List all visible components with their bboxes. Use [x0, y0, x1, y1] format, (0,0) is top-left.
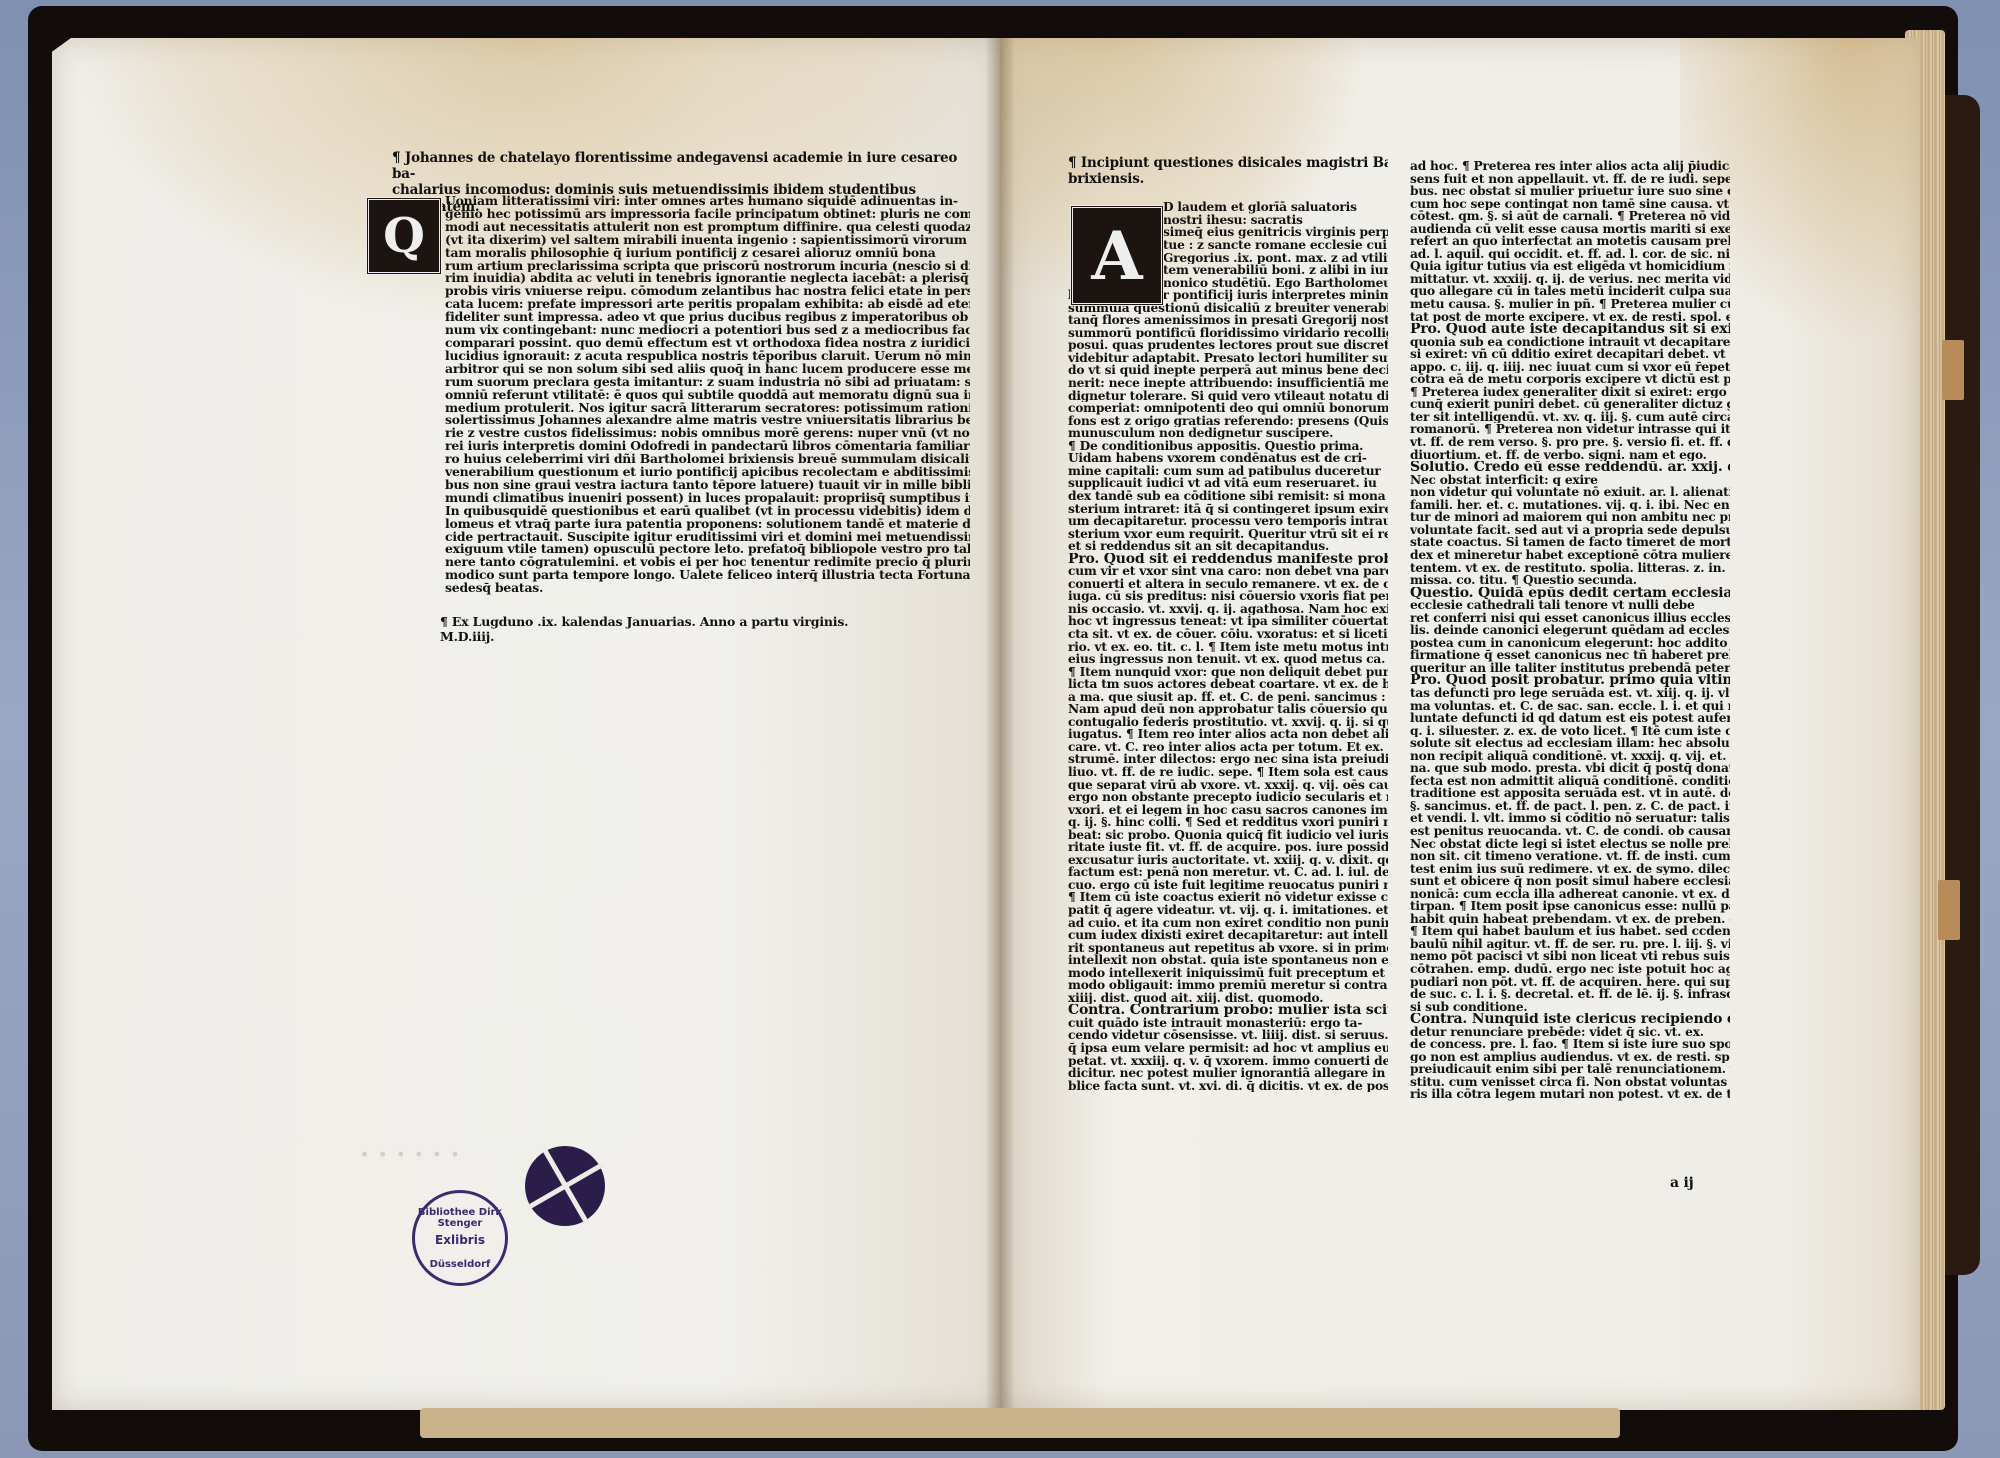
text-line: est penitus reuocanda. vt. C. de condi. … — [1410, 825, 1730, 838]
text-line: cōtest. qm. §. si aūt de carnali. ¶ Pret… — [1410, 210, 1730, 223]
text-line: tentem. vt ex. de restituto. spolia. lit… — [1410, 562, 1730, 575]
text-line: cta sit. vt ex. de cōuer. cōiu. vxoratus… — [1068, 628, 1388, 641]
text-line: dignetur tolerare. Si quid vero vtileaut… — [1068, 390, 1388, 403]
text-line: venerabilium questionum et iurio pontifi… — [445, 466, 970, 479]
text-line: non videtur qui voluntate nō exiuit. ar.… — [1410, 486, 1730, 499]
text-line: solertissimus Johannes alexandre alme ma… — [445, 414, 970, 427]
text-line: firmatione q̄ esset canonicus nec tñ hab… — [1410, 649, 1730, 662]
text-line: tirpan. ¶ Item posit ipse canonicus esse… — [1410, 900, 1730, 913]
text-line: Solutio. Credo eū esse reddendū. ar. xxi… — [1410, 461, 1730, 474]
text-line: quo allegare cū in tales metū inciderit … — [1410, 285, 1730, 298]
spine-headband — [420, 1408, 1620, 1438]
text-line: supplicauit iudici vt ad vitā eum reseru… — [1068, 477, 1388, 490]
text-line: sunt et obicere q̄ non posit simul haber… — [1410, 875, 1730, 888]
text-line: beat: sic probo. Quonia quicq̄ fit iudic… — [1068, 829, 1388, 842]
text-line: de suc. c. l. i. §. decretal. et. ff. de… — [1410, 988, 1730, 1001]
text-line: sterium intraret: itā q̄ si contingeret … — [1068, 503, 1388, 516]
dedication-body: Uoniam litteratissimi viri: inter omnes … — [445, 195, 970, 595]
text-line: test enim ius suū redimere. vt ex. de sy… — [1410, 863, 1730, 876]
book-back-cover — [1940, 95, 1980, 1275]
text-line: rio. vt ex. eo. tit. c. l. ¶ Item iste m… — [1068, 641, 1388, 654]
text-line: omniū referunt vtilitatē: ē quos qui sub… — [445, 389, 970, 402]
text-line: fideliter sunt impressa. adeo vt que pri… — [445, 311, 970, 324]
text-line: tur de minori ad maiorem qui non ambitu … — [1410, 511, 1730, 524]
text-line: metu causa. §. mulier in pñ. ¶ Preterea … — [1410, 298, 1730, 311]
text-line: et si reddendus sit an sit decapitandus. — [1068, 540, 1388, 553]
text-line: probis viris vniuerse reipu. cōmodum zel… — [445, 285, 970, 298]
text-line: dicitur. nec potest mulier ignorantiā al… — [1068, 1067, 1388, 1080]
text-line: modico sunt parta tempore longo. Ualete … — [445, 569, 970, 582]
text-line: rum artium preclarissima scripta que pri… — [445, 260, 970, 273]
text-line: tat post de morte excipere. vt ex. de re… — [1410, 311, 1730, 324]
text-line: voluntate facit. sed aut vi a propria se… — [1410, 524, 1730, 537]
text-line: Pro. Quod aute iste decapitandus sit si … — [1410, 323, 1730, 336]
text-line: non recipit aliquā conditionē. vt. xxxij… — [1410, 750, 1730, 763]
text-line: cunq̄ exierit puniri debet. cū generalit… — [1410, 398, 1730, 411]
text-line: modo intellexerit iniquissimū fuit prece… — [1068, 967, 1388, 980]
text-line: ¶ Item cū iste coactus exierit nō videtu… — [1068, 891, 1388, 904]
text-line: cum vir et vxor sint vna caro: non debet… — [1068, 565, 1388, 578]
page-tab[interactable] — [1942, 340, 1964, 400]
text-line: hoc vt ingressus teneat: vt ipa similite… — [1068, 615, 1388, 628]
decorated-initial: Q — [366, 197, 442, 275]
ownership-stamp: Bibliothee Dirk Stenger Exlibris Düsseld… — [412, 1190, 508, 1286]
colophon: ¶ Ex Lugduno .ix. kalendas Januarias. An… — [440, 614, 900, 644]
text-line: si exiret: vñ cū dditio exiret decapitar… — [1410, 348, 1730, 361]
text-line: quonia sub ea condictione intrauit vt de… — [1410, 336, 1730, 349]
text-line: ma voluntas. et. C. de sac. san. eccle. … — [1410, 700, 1730, 713]
text-line: vxori. et ei legem in hoc casu sacros ca… — [1068, 804, 1388, 817]
text-line: ¶ Preterea iudex generaliter dixit si ex… — [1410, 386, 1730, 399]
text-line: fecta est non admittit aliquā conditionē… — [1410, 775, 1730, 788]
text-line: modi aut necessitatis attulerit non est … — [445, 221, 970, 234]
text-line: cum iudex dixisti exiret decapitaretur: … — [1068, 929, 1388, 942]
text-line: vt. ff. de rem verso. §. pro pre. §. ver… — [1410, 436, 1730, 449]
text-line: et vendi. l. vlt. immo si cōditio nō ser… — [1410, 812, 1730, 825]
text-line: rim inuidia) abdita ac veluti in tenebri… — [445, 272, 970, 285]
text-line: bus non sine graui vestra iactura tanto … — [445, 479, 970, 492]
signature-mark: a ij — [1670, 1175, 1694, 1192]
text-line: excusatur iuris auctoritate. vt. xxiij. … — [1068, 854, 1388, 867]
text-line: dex et mineretur habet exceptionē cōtra … — [1410, 549, 1730, 562]
text-line: num vix contingebant: nunc mediocri a po… — [445, 324, 970, 337]
text-line: bus. nec obstat si mulier priuetur iure … — [1410, 185, 1730, 198]
stamp-top-text: Bibliothee Dirk Stenger — [415, 1207, 505, 1229]
text-line: tam moralis philosophie q̄ iurium pontif… — [445, 247, 970, 260]
text-line: ¶ De conditionibus appositis. Questio pr… — [1068, 440, 1388, 453]
text-line: detur renunciare prebēde: videt q̄ sic. … — [1410, 1026, 1730, 1039]
text-line: traditione est apposita seruāda est. vt … — [1410, 787, 1730, 800]
text-line: missa. co. titu. ¶ Questio secunda. — [1410, 574, 1730, 587]
text-line: do vt si quid inepte perperā aut minus b… — [1068, 364, 1388, 377]
text-line: si sub conditione. — [1410, 1001, 1730, 1014]
text-line: cōtrahen. emp. dudū. ergo nec iste potui… — [1410, 963, 1730, 976]
text-line: stitu. cum venisset circa fi. Non obstat… — [1410, 1076, 1730, 1089]
text-line: medium protulerit. Nos igitur sacrā litt… — [445, 402, 970, 415]
text-line: rei iuris interpretis domini Odofredi in… — [445, 440, 970, 453]
stamp-bottom-text: Düsseldorf — [415, 1259, 505, 1270]
text-line: tanq̄ flores amenissimos in presati Greg… — [1068, 314, 1388, 327]
text-line: state coactus. Si tamen de facto timeret… — [1410, 536, 1730, 549]
text-line: Pro. Quod posit probatur. primo quia vlt… — [1410, 674, 1730, 687]
text-line: cuit quādo iste intrauit monasteriū: erg… — [1068, 1017, 1388, 1030]
text-line: ergo non obstante precepto iudicio secul… — [1068, 791, 1388, 804]
text-line: habit quin habeat prebendam. vt ex. de p… — [1410, 913, 1730, 926]
heading-line: ¶ Johannes de chatelayo florentissime an… — [392, 150, 972, 182]
text-line: nis occasio. vt. xxvij. q. ij. agathosa.… — [1068, 603, 1388, 616]
text-line: Contra. Nunquid iste clericus recipiendo… — [1410, 1013, 1730, 1026]
text-line: ret conferri nisi qui esset canonicus il… — [1410, 612, 1730, 625]
text-line: intellexit non obstat. quia iste spontan… — [1068, 954, 1388, 967]
decorated-initial: A — [1070, 205, 1164, 306]
text-line: cum hoc sepe contingat non tamē sine cau… — [1410, 198, 1730, 211]
text-line: preiudicauit enim sibi per talē renuncia… — [1410, 1063, 1730, 1076]
text-line: factum est: penā non meretur. vt. C. ad.… — [1068, 866, 1388, 879]
text-line: ad hoc. ¶ Preterea res inter alios acta … — [1410, 160, 1730, 173]
text-line: ad cuio. et ita cum non exiret conditio … — [1068, 917, 1388, 930]
text-line: ro huius celeberrimi viri dñi Bartholome… — [445, 453, 970, 466]
text-line: cendo videtur cōsensisse. vt. liiij. dis… — [1068, 1029, 1388, 1042]
gutter — [985, 38, 1015, 1410]
text-line: cata lucem: prefate impressori arte peri… — [445, 298, 970, 311]
text-line: Quia igitur tutius via est eligēda vt ho… — [1410, 260, 1730, 273]
text-line: lucidius ignorauit: z acuta respublica n… — [445, 350, 970, 363]
text-line: conuerti et altera in seculo remanere. v… — [1068, 578, 1388, 591]
text-line: Uoniam litteratissimi viri: inter omnes … — [445, 195, 970, 208]
text-line: iugatus. ¶ Item reo inter alios acta non… — [1068, 728, 1388, 741]
text-line: (vt ita dixerim) vel saltem mirabili inu… — [445, 234, 970, 247]
text-line: pudiari non pōt. vt. ff. de acquiren. he… — [1410, 976, 1730, 989]
text-line: ritate iuste fit. vt. ff. de acquire. po… — [1068, 841, 1388, 854]
text-line: um decapitaretur. processu vero temporis… — [1068, 515, 1388, 528]
text-line: §. sancimus. et. ff. de pact. l. pen. z.… — [1410, 800, 1730, 813]
text-line: nonicā: cum eccla illa adhereat canonie.… — [1410, 888, 1730, 901]
text-line: blice facta sunt. vt. xvi. di. q̄ diciti… — [1068, 1080, 1388, 1093]
text-line: solute sit electus ad ecclesiam illam: h… — [1410, 737, 1730, 750]
text-line: Nam apud deū non approbatur talis cōuers… — [1068, 703, 1388, 716]
text-line: ris illa cōtra legem mutari non potest. … — [1410, 1088, 1730, 1101]
text-line: care. vt. C. reo inter alios acta per to… — [1068, 741, 1388, 754]
text-line: posui. quas prudentes lectores prout sue… — [1068, 339, 1388, 352]
text-line: sens fuit et non appellauit. vt. ff. de … — [1410, 173, 1730, 186]
text-line: munusculum non dedignetur suscipere. — [1068, 427, 1388, 440]
text-line: rum suorum preclara gesta imitantur: z s… — [445, 376, 970, 389]
text-line: lomeus et vtraq̄ parte iura patentia pro… — [445, 518, 970, 531]
text-line: refert an quo interfectat an motetis cau… — [1410, 235, 1730, 248]
text-line: eius ingressus non tenuit. vt ex. quod m… — [1068, 653, 1388, 666]
text-line: queritur an ille taliter institutus preb… — [1410, 662, 1730, 675]
text-line: cuo. ergo cū iste fuit legitime reuocatu… — [1068, 879, 1388, 892]
text-line: luntate defuncti id qd datum est eis pot… — [1410, 712, 1730, 725]
text-line: cōtra eā de metu corporis excipere vt di… — [1410, 373, 1730, 386]
text-line: de concess. pre. l. fao. ¶ Item si iste … — [1410, 1038, 1730, 1051]
text-line: tas defuncti pro lege seruāda est. vt. x… — [1410, 687, 1730, 700]
text-line: In quibusquidē questionibus et earū qual… — [445, 505, 970, 518]
text-line: baulū nihil agitur. vt. ff. de ser. ru. … — [1410, 938, 1730, 951]
text-line: famili. her. et. c. mutationes. vij. q. … — [1410, 499, 1730, 512]
text-line: ¶ Item qui habet baulum et ius habet. se… — [1410, 925, 1730, 938]
text-line: videbitur adaptabit. Presato lectori hum… — [1068, 352, 1388, 365]
text-line: audienda cū velit esse causa mortis mari… — [1410, 223, 1730, 236]
text-line: genio hec potissimū ars impressoria faci… — [445, 208, 970, 221]
text-line: appo. c. iij. q. iiij. nec iuuat cum si … — [1410, 361, 1730, 374]
text-line: go non est amplius audiendus. vt ex. de … — [1410, 1051, 1730, 1064]
text-line: comperiat: omnipotenti deo qui omniū bon… — [1068, 402, 1388, 415]
text-line: Pro. Quod sit ei reddendus manifeste pro… — [1068, 553, 1388, 566]
initial-letter: A — [1091, 217, 1142, 295]
text-column-right: ad hoc. ¶ Preterea res inter alios acta … — [1410, 160, 1730, 1101]
text-line: licta tm suos actores debeat coartare. v… — [1068, 678, 1388, 691]
ink-cross-mark — [525, 1146, 605, 1226]
text-line: diuortium. et. ff. de verbo. signi. nam … — [1410, 449, 1730, 462]
text-line: que separat virū ab vxore. vt. xxxij. q.… — [1068, 779, 1388, 792]
text-line: a ma. que siusit ap. ff. et. C. de peni.… — [1068, 691, 1388, 704]
title-line: brixiensis. — [1068, 171, 1388, 187]
initial-letter: Q — [383, 208, 425, 264]
text-line: petat. vt. xxxiij. q. v. q̄ vxorem. immo… — [1068, 1055, 1388, 1068]
text-line: liuo. vt. ff. de re iudic. sepe. ¶ Item … — [1068, 766, 1388, 779]
text-line: nerit: nece inepte attribuendo: insuffic… — [1068, 377, 1388, 390]
text-line: q̄ ipsa eum velare permisit: ad hoc vt a… — [1068, 1042, 1388, 1055]
text-line: xiiij. dist. quod ait. xiij. dist. quomo… — [1068, 992, 1388, 1005]
text-line: sedesq̄ beatas. — [445, 582, 970, 595]
text-line: summorū pontificū floridissimo viridario… — [1068, 327, 1388, 340]
title-line: ¶ Incipiunt questiones disicales magistr… — [1068, 155, 1388, 171]
text-line: lis. deinde canonici elegerunt quēdam ad… — [1410, 624, 1730, 637]
text-line: strumē. inter dilectos: ergo nec sina is… — [1068, 753, 1388, 766]
text-line: Uidam habens vxorem condēnatus est de cr… — [1068, 452, 1388, 465]
text-line: Questio. Quidā epūs dedit certam ecclesi… — [1410, 587, 1730, 600]
text-line: ter sit intelligendū. vt. xv. q. iij. §.… — [1410, 411, 1730, 424]
text-line: cide pertractauit. Suscipite igitur erud… — [445, 531, 970, 544]
text-line: postea cum in canonicum elegerunt: hoc a… — [1410, 637, 1730, 650]
text-line: dex tandē sub ea cōditione sibi remisit:… — [1068, 490, 1388, 503]
page-tab[interactable] — [1938, 880, 1960, 940]
text-line: romanorū. ¶ Preterea non videtur intrass… — [1410, 423, 1730, 436]
stamp-center-text: Exlibris — [415, 1233, 505, 1247]
text-line: q. ij. §. hinc colli. ¶ Sed et redditus … — [1068, 816, 1388, 829]
text-line: rie z vestre custos fidelissimus: nobis … — [445, 427, 970, 440]
text-line: Nec obstat dicte legi si istet electus s… — [1410, 838, 1730, 851]
text-line: patit q̄ agere videatur. vt. vij. q. i. … — [1068, 904, 1388, 917]
text-line: ad. l. aquil. qui occidit. et. ff. ad. l… — [1410, 248, 1730, 261]
text-line: arbitror qui se non solum sibi sed aliis… — [445, 363, 970, 376]
text-line: mundi climatibus inueniri possent) in lu… — [445, 492, 970, 505]
text-line: nere tanto cōgratulemini. et vobis ei pe… — [445, 556, 970, 569]
text-line: exiguum vtile tamen) opusculū pectore le… — [445, 543, 970, 556]
text-line: ecclesie cathedrali tali tenore vt nulli… — [1410, 599, 1730, 612]
text-line: contugalio federis prostitutio. vt. xxvi… — [1068, 716, 1388, 729]
text-line: comparari possint. quo demū effectum est… — [445, 337, 970, 350]
text-line: iuga. cū sis preditus: nisi cōuersio vxo… — [1068, 590, 1388, 603]
text-line: Contra. Contrarium probo: mulier ista sc… — [1068, 1004, 1388, 1017]
text-line: rit spontaneus aut repetitus ab vxore. s… — [1068, 942, 1388, 955]
text-line: nemo pōt pacisci vt sibi non liceat vti … — [1410, 950, 1730, 963]
text-line: na. que sub modo. presta. vbi dicit q̄ p… — [1410, 762, 1730, 775]
text-line: ¶ Item nunquid vxor: que non deliquit de… — [1068, 666, 1388, 679]
text-line: sterium vxor eum requirit. Queritur vtrū… — [1068, 528, 1388, 541]
text-line: Nec obstat interficit: q exire — [1410, 474, 1730, 487]
text-line: q. i. siluester. z. ex. de voto licet. ¶… — [1410, 725, 1730, 738]
text-line: non sit. cit timeno veratione. vt. ff. d… — [1410, 850, 1730, 863]
text-line: mittatur. vt. xxxiij. q. ij. de verius. … — [1410, 273, 1730, 286]
text-line: fons est z origo gratias referendo: pres… — [1068, 415, 1388, 428]
text-line: mine capitali: cum sum ad patibulus duce… — [1068, 465, 1388, 478]
text-line: modo obligauit: immo premiū meretur si c… — [1068, 979, 1388, 992]
